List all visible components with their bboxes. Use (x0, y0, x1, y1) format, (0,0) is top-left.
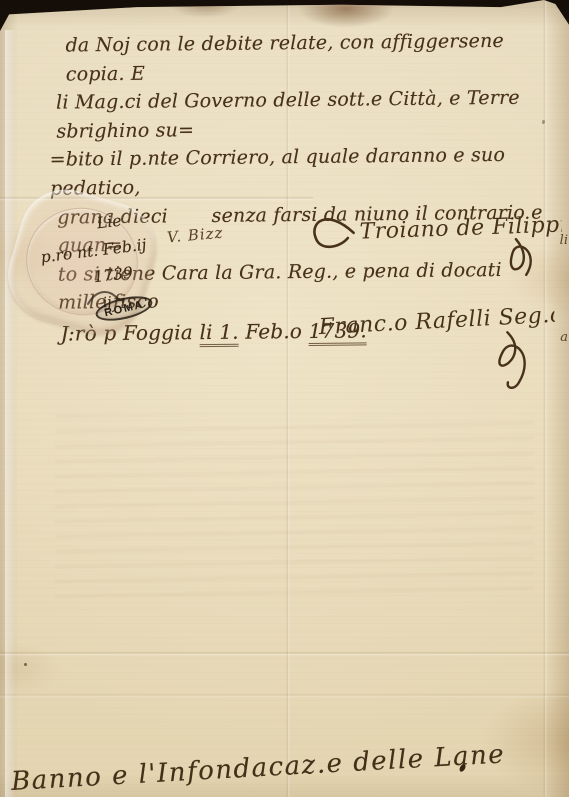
dateline-day-underlined: li 1. (199, 320, 239, 347)
manuscript-page: da Noj con le debite relate, con affigge… (0, 0, 569, 797)
edge-text-fragment: a (560, 330, 568, 345)
photo-backdrop: da Noj con le debite relate, con affigge… (0, 0, 569, 797)
signature-name: Franc.o Rafelli Seg.o (317, 302, 558, 340)
manuscript-line: da Noj con le debite relate, con affigge… (55, 26, 552, 88)
ink-stain (298, 0, 394, 28)
manuscript-line: li Mag.ci del Governo delle sott.e Città… (56, 84, 553, 146)
signature-paraph (314, 218, 354, 247)
fold-line-horizontal (0, 694, 569, 698)
edge-text-fragment: li (560, 233, 568, 248)
signature-secretary: Franc.o Rafelli Seg.o (315, 286, 558, 408)
dateline-month: Feb.o (239, 319, 309, 344)
fold-line-horizontal (0, 652, 569, 656)
ink-stain (170, 0, 240, 18)
signature-name: Troiano de Filippis (359, 212, 563, 245)
signature-troiano: Troiano de Filippis (306, 190, 563, 295)
ink-speck (24, 663, 27, 666)
signature-flourish (498, 331, 526, 388)
left-edge-crease (5, 30, 16, 797)
verso-text-bleedthrough (55, 415, 534, 600)
signature-flourish (510, 239, 531, 276)
